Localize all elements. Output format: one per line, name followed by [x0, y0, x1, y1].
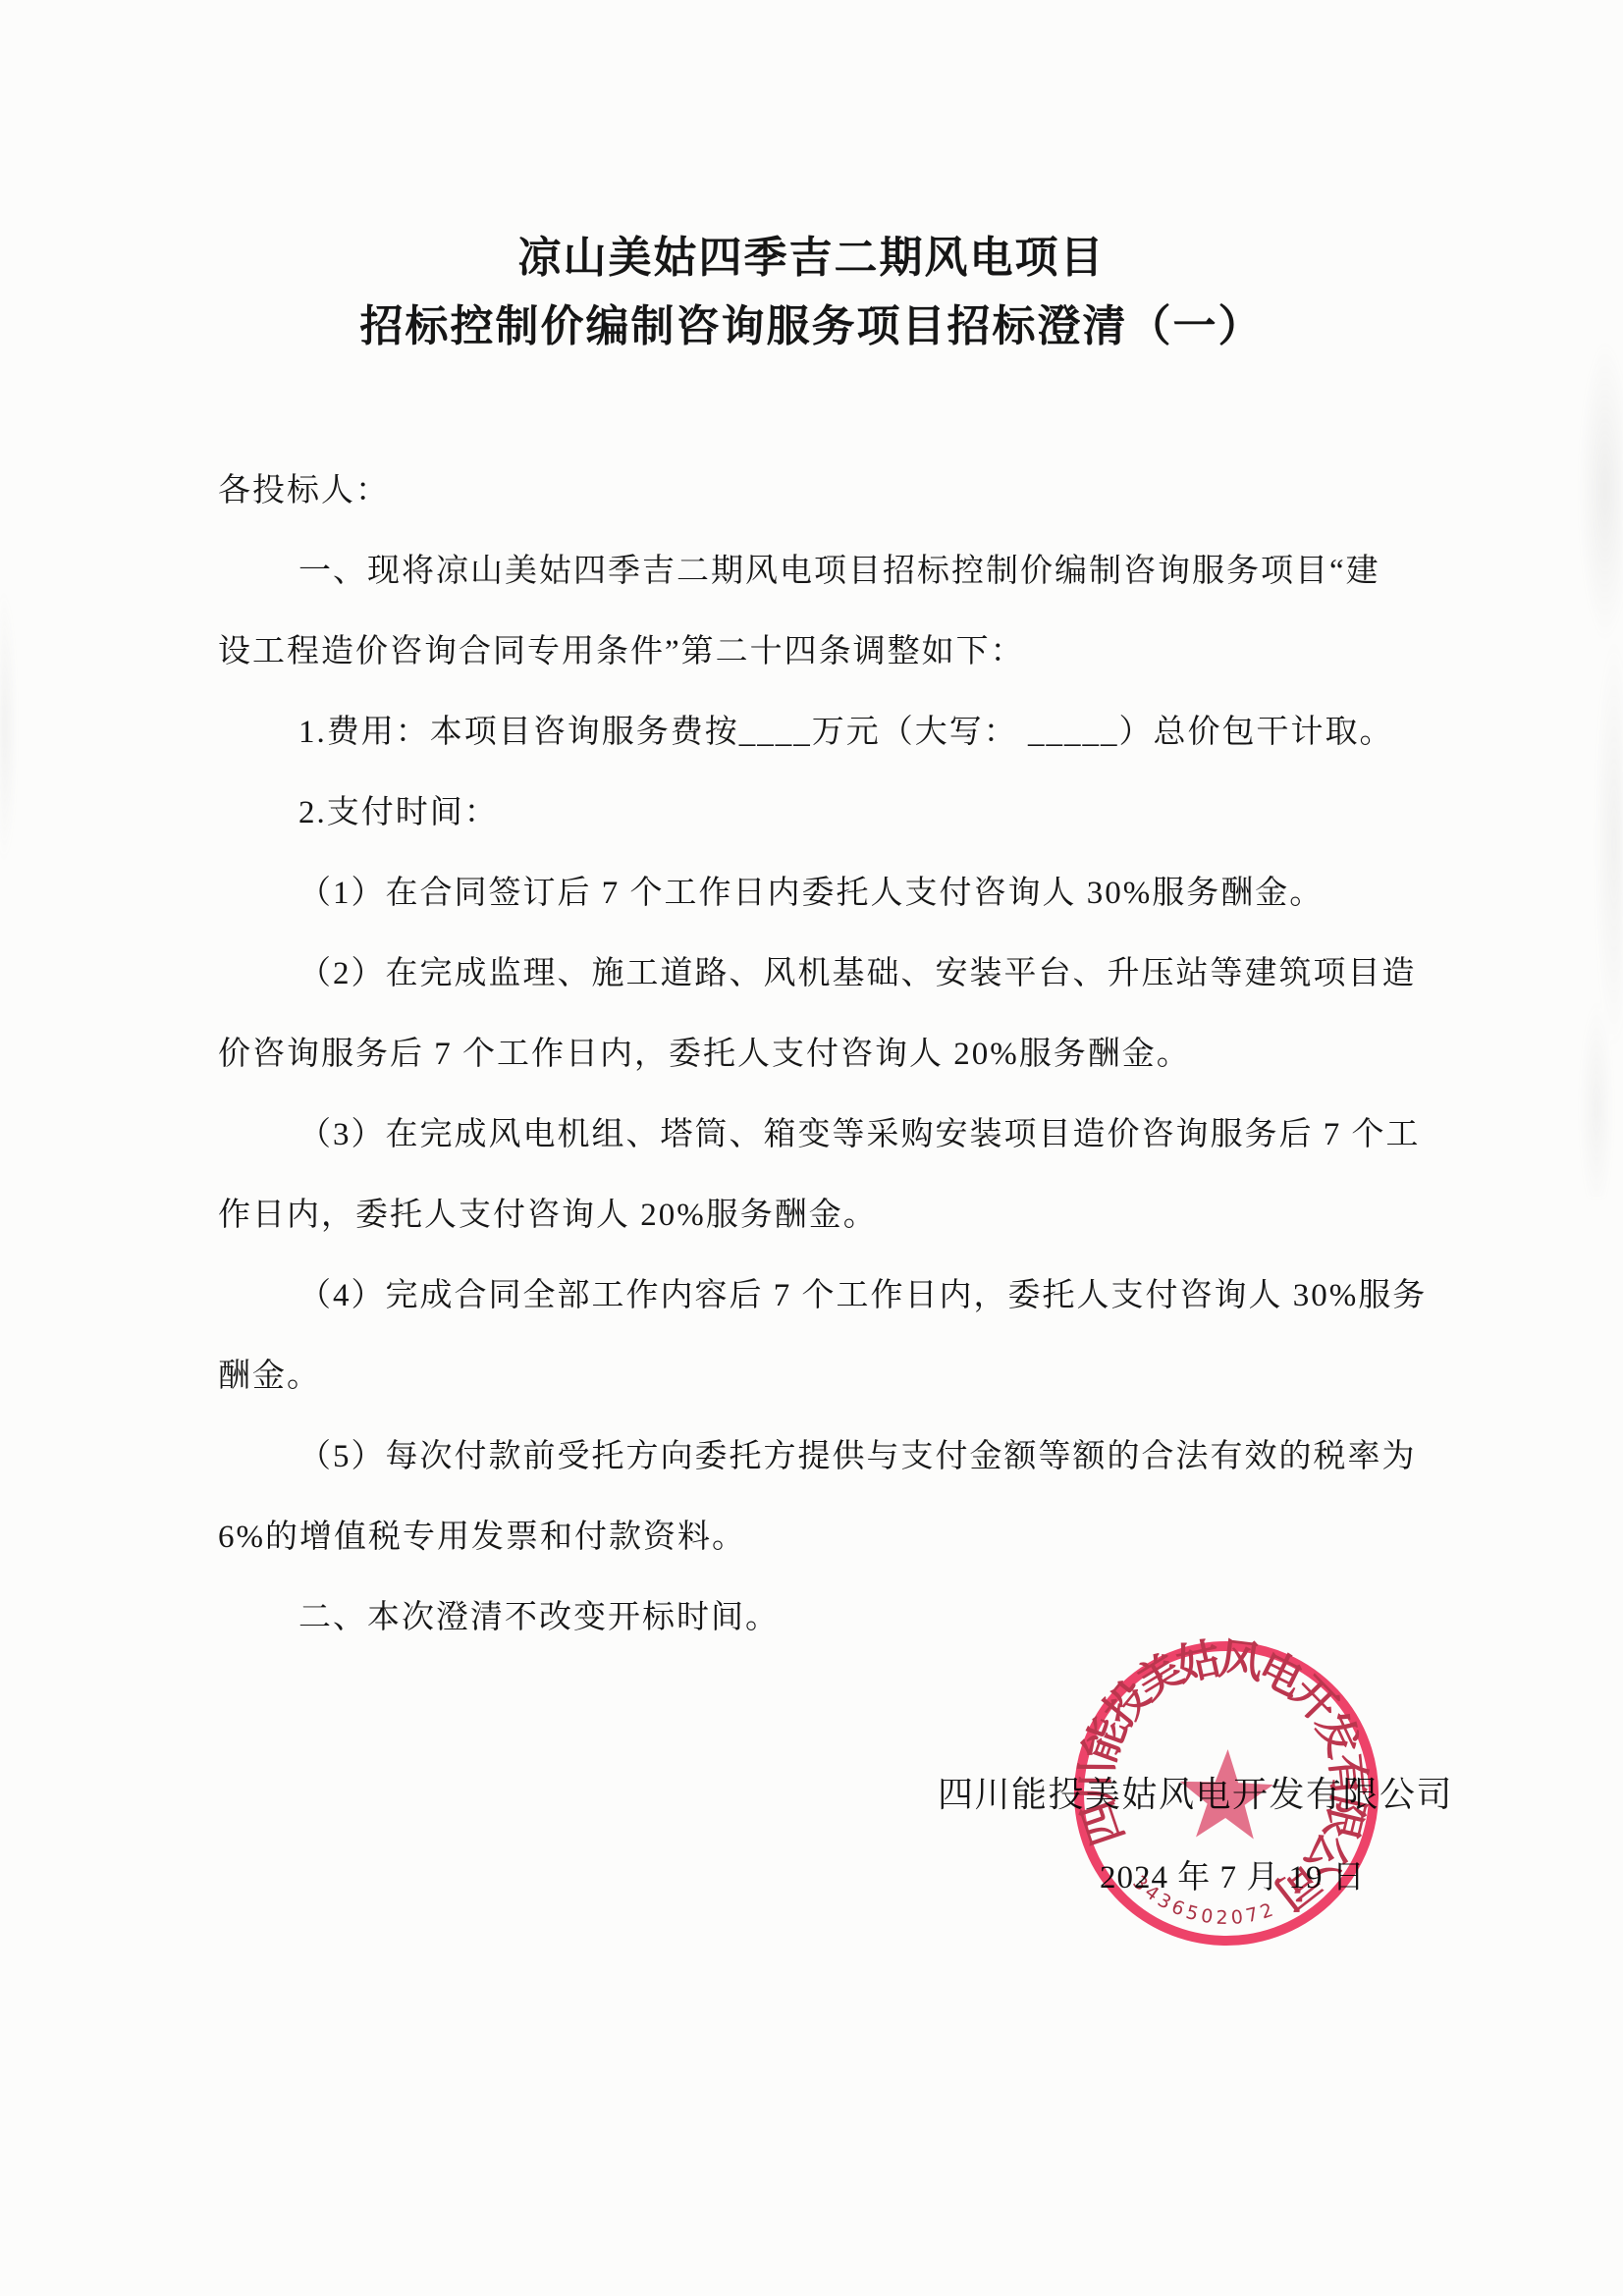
body-line: （2）在完成监理、施工道路、风机基础、安装平台、升压站等建筑项目造	[218, 952, 1455, 1033]
document-page: 凉山美姑四季吉二期风电项目 招标控制价编制咨询服务项目招标澄清（一） 各投标人：…	[0, 0, 1623, 2296]
body-line: 2.支付时间：	[218, 791, 1455, 872]
document-title-line1: 凉山美姑四季吉二期风电项目	[0, 222, 1623, 285]
body-line: （3）在完成风电机组、塔筒、箱变等采购安装项目造价咨询服务后 7 个工	[218, 1113, 1455, 1194]
body-lines: 各投标人：一、现将凉山美姑四季吉二期风电项目招标控制价编制咨询服务项目“建设工程…	[218, 469, 1455, 1677]
seal-graphic: 四川能投美姑风电开发有限公司 34365020720	[1058, 1626, 1393, 1960]
body-line: 一、现将凉山美姑四季吉二期风电项目招标控制价编制咨询服务项目“建	[218, 550, 1455, 630]
body-line: 设工程造价咨询合同专用条件”第二十四条调整如下：	[218, 630, 1455, 711]
body-line: 作日内，委托人支付咨询人 20%服务酬金。	[218, 1194, 1455, 1274]
body-line: 1.费用：本项目咨询服务费按____万元（大写： _____）总价包干计取。	[218, 711, 1455, 791]
body-line: （4）完成合同全部工作内容后 7 个工作日内，委托人支付咨询人 30%服务	[218, 1274, 1455, 1355]
scan-smudge-right	[1535, 314, 1623, 1198]
seal-star-icon	[1178, 1747, 1274, 1840]
company-seal-stamp: 四川能投美姑风电开发有限公司 34365020720	[1058, 1626, 1393, 1960]
body-line: （5）每次付款前受托方向委托方提供与支付金额等额的合法有效的税率为	[218, 1435, 1455, 1516]
document-title-line2: 招标控制价编制咨询服务项目招标澄清（一）	[0, 291, 1623, 353]
scan-smudge-left	[0, 530, 39, 1021]
body-line: （1）在合同签订后 7 个工作日内委托人支付咨询人 30%服务酬金。	[218, 872, 1455, 952]
body-line: 价咨询服务后 7 个工作日内，委托人支付咨询人 20%服务酬金。	[218, 1033, 1455, 1113]
body-line: 6%的增值税专用发票和付款资料。	[218, 1516, 1455, 1596]
body-line: 酬金。	[218, 1355, 1455, 1435]
body-line: 各投标人：	[218, 469, 1455, 550]
